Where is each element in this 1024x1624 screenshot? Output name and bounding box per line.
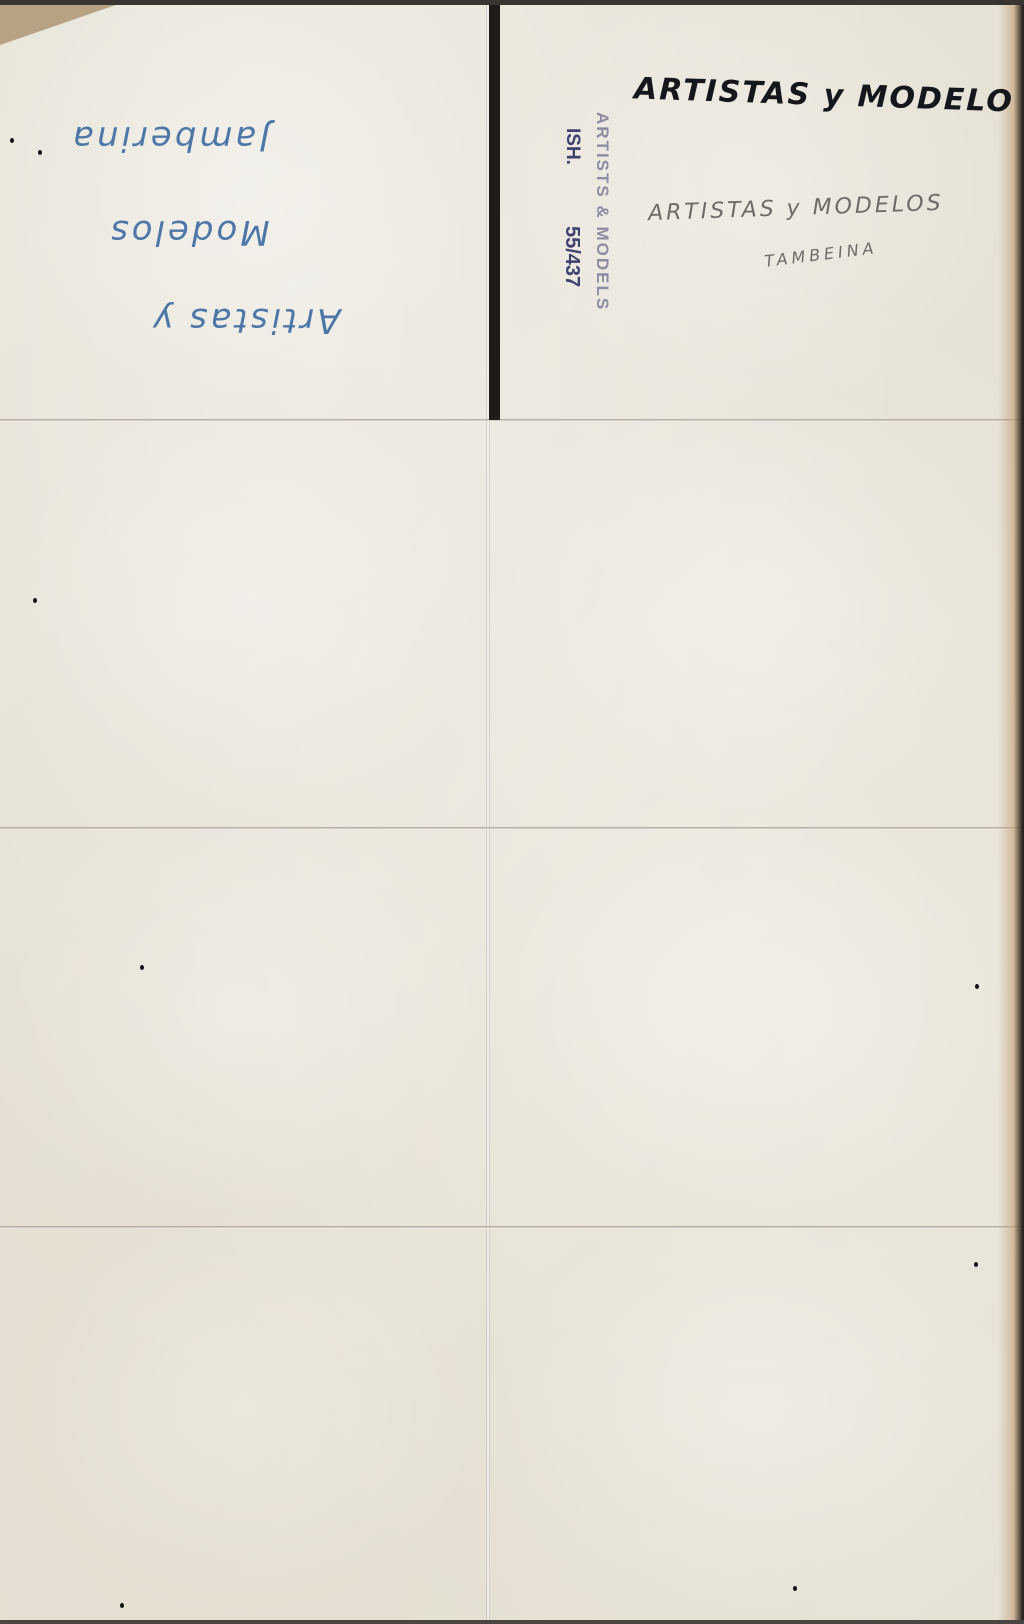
speck: [33, 598, 37, 603]
speck: [140, 965, 144, 970]
pen-line-modelos: Modelos: [108, 212, 270, 252]
speck: [793, 1586, 797, 1591]
horizontal-fold-line-3: [0, 1226, 1024, 1229]
edge-stain: [998, 0, 1024, 1624]
speck: [10, 138, 14, 143]
stamp-title: ARTISTS & MODELS: [592, 112, 612, 311]
stamp-series: ISH.: [561, 128, 583, 165]
speck: [974, 1262, 978, 1267]
panel-row2-left: [0, 420, 488, 828]
bottom-edge-shadow: [0, 1620, 1024, 1624]
stamp-number: 55/437: [560, 226, 583, 287]
panel-row3-left: [0, 828, 488, 1227]
speck: [975, 984, 979, 989]
speck: [120, 1603, 124, 1608]
panel-top-left: [0, 0, 488, 420]
panel-row3-right: [488, 828, 1024, 1227]
pen-line-artistas: Artistas y: [150, 300, 341, 340]
panel-row4-right: [488, 1227, 1024, 1624]
speck: [38, 150, 42, 155]
poster-sheet: ARTISTAS y MODELO ARTISTAS y MODELOS TAM…: [0, 0, 1024, 1624]
top-edge-shadow: [0, 0, 1024, 5]
horizontal-fold-line-2: [0, 827, 1024, 830]
pen-line-jamberina: Jamberina: [70, 118, 269, 158]
torn-gap: [489, 0, 500, 420]
horizontal-fold-line-1: [0, 419, 1024, 422]
panel-row2-right: [488, 420, 1024, 828]
panel-row4-left: [0, 1227, 488, 1624]
